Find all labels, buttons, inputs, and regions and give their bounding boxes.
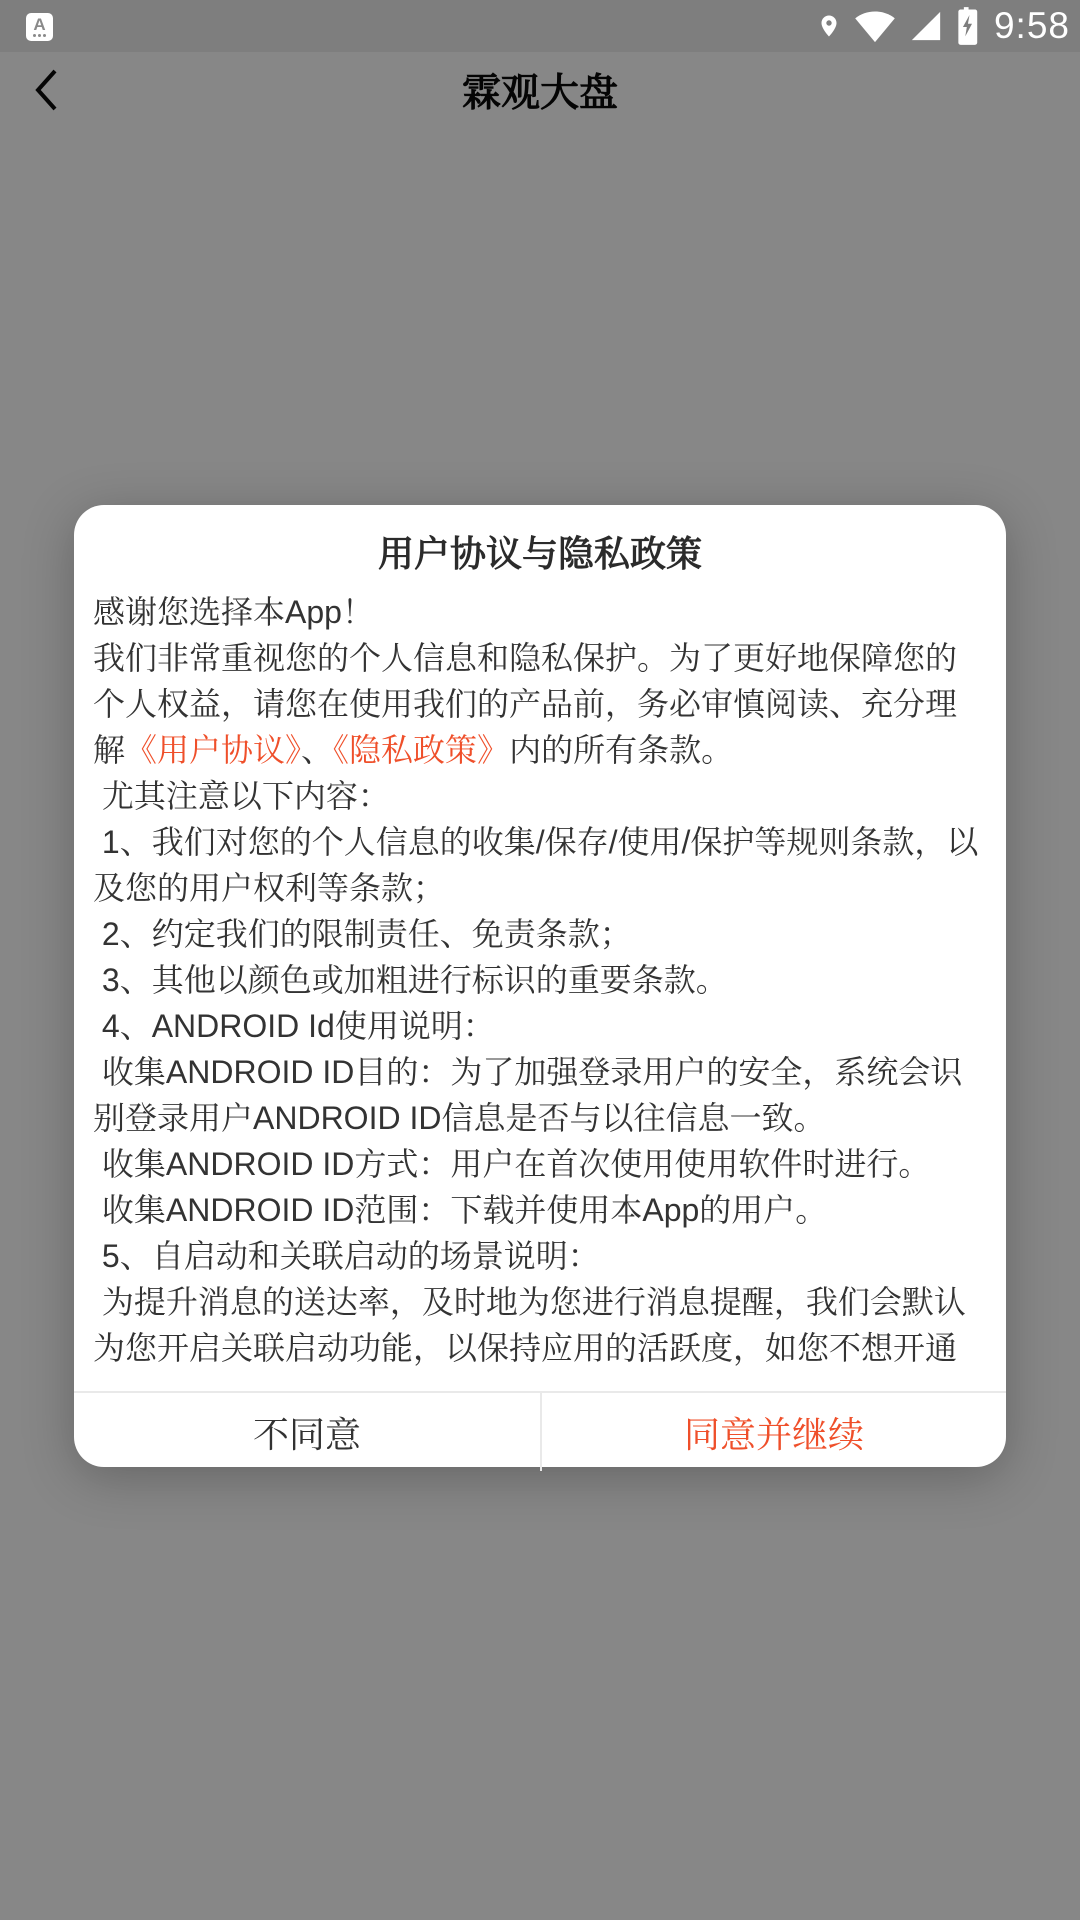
policy-paragraph: 5、自启动和关联启动的场景说明：	[93, 1233, 987, 1279]
policy-paragraph: 收集ANDROID ID范围：下载并使用本App的用户。	[93, 1187, 987, 1233]
agree-button[interactable]: 同意并继续	[540, 1393, 1006, 1471]
screen: A 9:58	[0, 0, 1080, 1920]
battery-charging-icon	[956, 7, 978, 45]
input-method-notification-icon: A	[26, 13, 53, 41]
policy-paragraph: 收集ANDROID ID目的：为了加强登录用户的安全，系统会识别登录用户ANDR…	[93, 1049, 987, 1141]
policy-text: 内的所有条款。	[509, 732, 733, 768]
ime-dots	[33, 34, 46, 37]
policy-text: 5、自启动和关联启动的场景说明：	[93, 1238, 600, 1274]
dialog-button-bar: 不同意 同意并继续	[74, 1391, 1006, 1471]
policy-paragraph: 3、其他以颜色或加粗进行标识的重要条款。	[93, 957, 987, 1003]
policy-paragraph: 尤其注意以下内容：	[93, 773, 987, 819]
privacy-dialog: 用户协议与隐私政策 感谢您选择本App！我们非常重视您的个人信息和隐私保护。为了…	[74, 505, 1006, 1467]
policy-paragraph: 4、ANDROID Id使用说明：	[93, 1003, 987, 1049]
policy-text: 收集ANDROID ID方式：用户在首次使用使用软件时进行。	[93, 1146, 930, 1182]
status-bar: A 9:58	[0, 0, 1080, 52]
policy-text: 收集ANDROID ID目的：为了加强登录用户的安全，系统会识别登录用户ANDR…	[93, 1054, 962, 1136]
dialog-body[interactable]: 感谢您选择本App！我们非常重视您的个人信息和隐私保护。为了更好地保障您的个人权…	[93, 589, 987, 1369]
policy-paragraph: 为提升消息的送达率，及时地为您进行消息提醒，我们会默认为您开启关联启动功能，以保…	[93, 1279, 987, 1369]
policy-paragraph: 2、约定我们的限制责任、免责条款；	[93, 911, 987, 957]
policy-text: 3、其他以颜色或加粗进行标识的重要条款。	[93, 962, 728, 998]
wifi-icon	[854, 9, 896, 43]
policy-text: 、	[301, 732, 333, 768]
signal-icon	[909, 9, 943, 43]
policy-text: 收集ANDROID ID范围：下载并使用本App的用户。	[93, 1192, 827, 1228]
policy-text: 为提升消息的送达率，及时地为您进行消息提醒，我们会默认为您开启关联启动功能，以保…	[93, 1284, 966, 1369]
policy-paragraph: 收集ANDROID ID方式：用户在首次使用使用软件时进行。	[93, 1141, 987, 1187]
status-icons: 9:58	[817, 5, 1070, 47]
location-icon	[817, 10, 841, 42]
dialog-title: 用户协议与隐私政策	[74, 505, 1006, 577]
policy-text: 4、ANDROID Id使用说明：	[93, 1008, 495, 1044]
user-agreement-link[interactable]: 《用户协议》	[125, 732, 301, 768]
policy-text: 感谢您选择本App！	[93, 594, 374, 630]
policy-text: 1、我们对您的个人信息的收集/保存/使用/保护等规则条款，以及您的用户权利等条款…	[93, 824, 978, 906]
privacy-policy-link[interactable]: 《隐私政策》	[333, 732, 509, 768]
policy-paragraph: 我们非常重视您的个人信息和隐私保护。为了更好地保障您的个人权益，请您在使用我们的…	[93, 635, 987, 773]
clock: 9:58	[994, 5, 1070, 47]
disagree-button[interactable]: 不同意	[74, 1393, 540, 1471]
policy-text: 尤其注意以下内容：	[93, 778, 390, 814]
policy-text: 2、约定我们的限制责任、免责条款；	[93, 916, 632, 952]
ime-letter: A	[33, 17, 45, 33]
policy-paragraph: 感谢您选择本App！	[93, 589, 987, 635]
policy-paragraph: 1、我们对您的个人信息的收集/保存/使用/保护等规则条款，以及您的用户权利等条款…	[93, 819, 987, 911]
